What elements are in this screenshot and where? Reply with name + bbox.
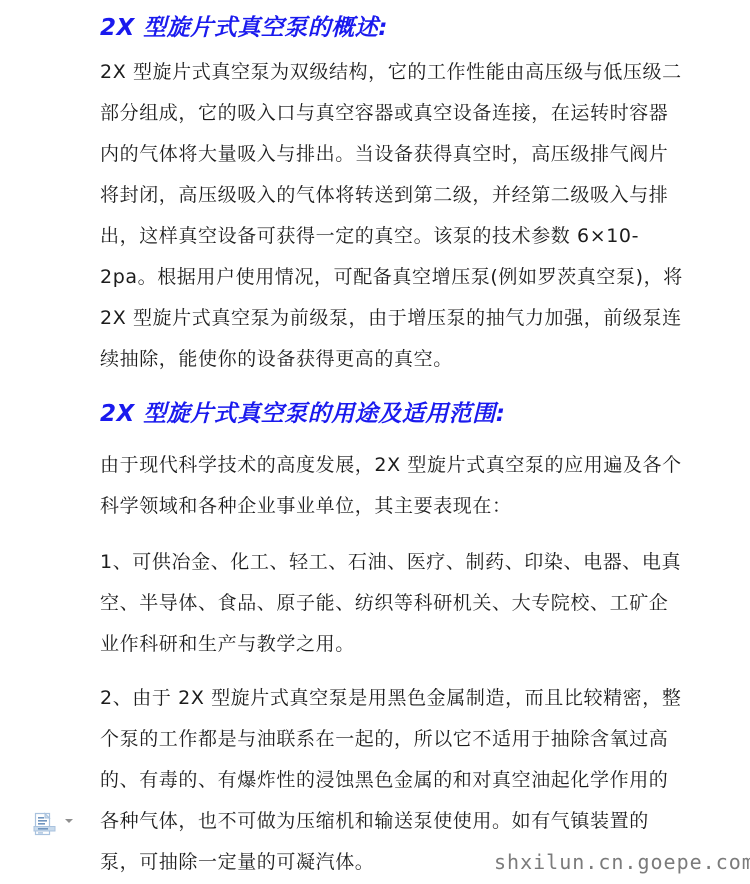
paste-options-button[interactable] <box>33 812 73 842</box>
watermark-url: shxilun.cn.goepe.com <box>494 850 750 874</box>
section-heading-overview: 2X 型旋片式真空泵的概述: <box>100 13 388 43</box>
paste-options-document-icon[interactable] <box>33 812 56 839</box>
document-page: 2X 型旋片式真空泵的概述: 2X 型旋片式真空泵为双级结构，它的工作性能由高压… <box>0 0 750 884</box>
section-heading-applications: 2X 型旋片式真空泵的用途及适用范围: <box>100 399 505 429</box>
paragraph-application-item-1: 1、可供冶金、化工、轻工、石油、医疗、制药、印染、电器、电真 空、半导体、食品、… <box>100 542 681 665</box>
paragraph-applications-intro: 由于现代科学技术的高度发展，2X 型旋片式真空泵的应用遍及各个 科学领域和各种企… <box>100 445 682 527</box>
paragraph-overview: 2X 型旋片式真空泵为双级结构，它的工作性能由高压级与低压级二 部分组成，它的吸… <box>100 52 683 380</box>
chevron-down-icon[interactable] <box>65 823 73 842</box>
